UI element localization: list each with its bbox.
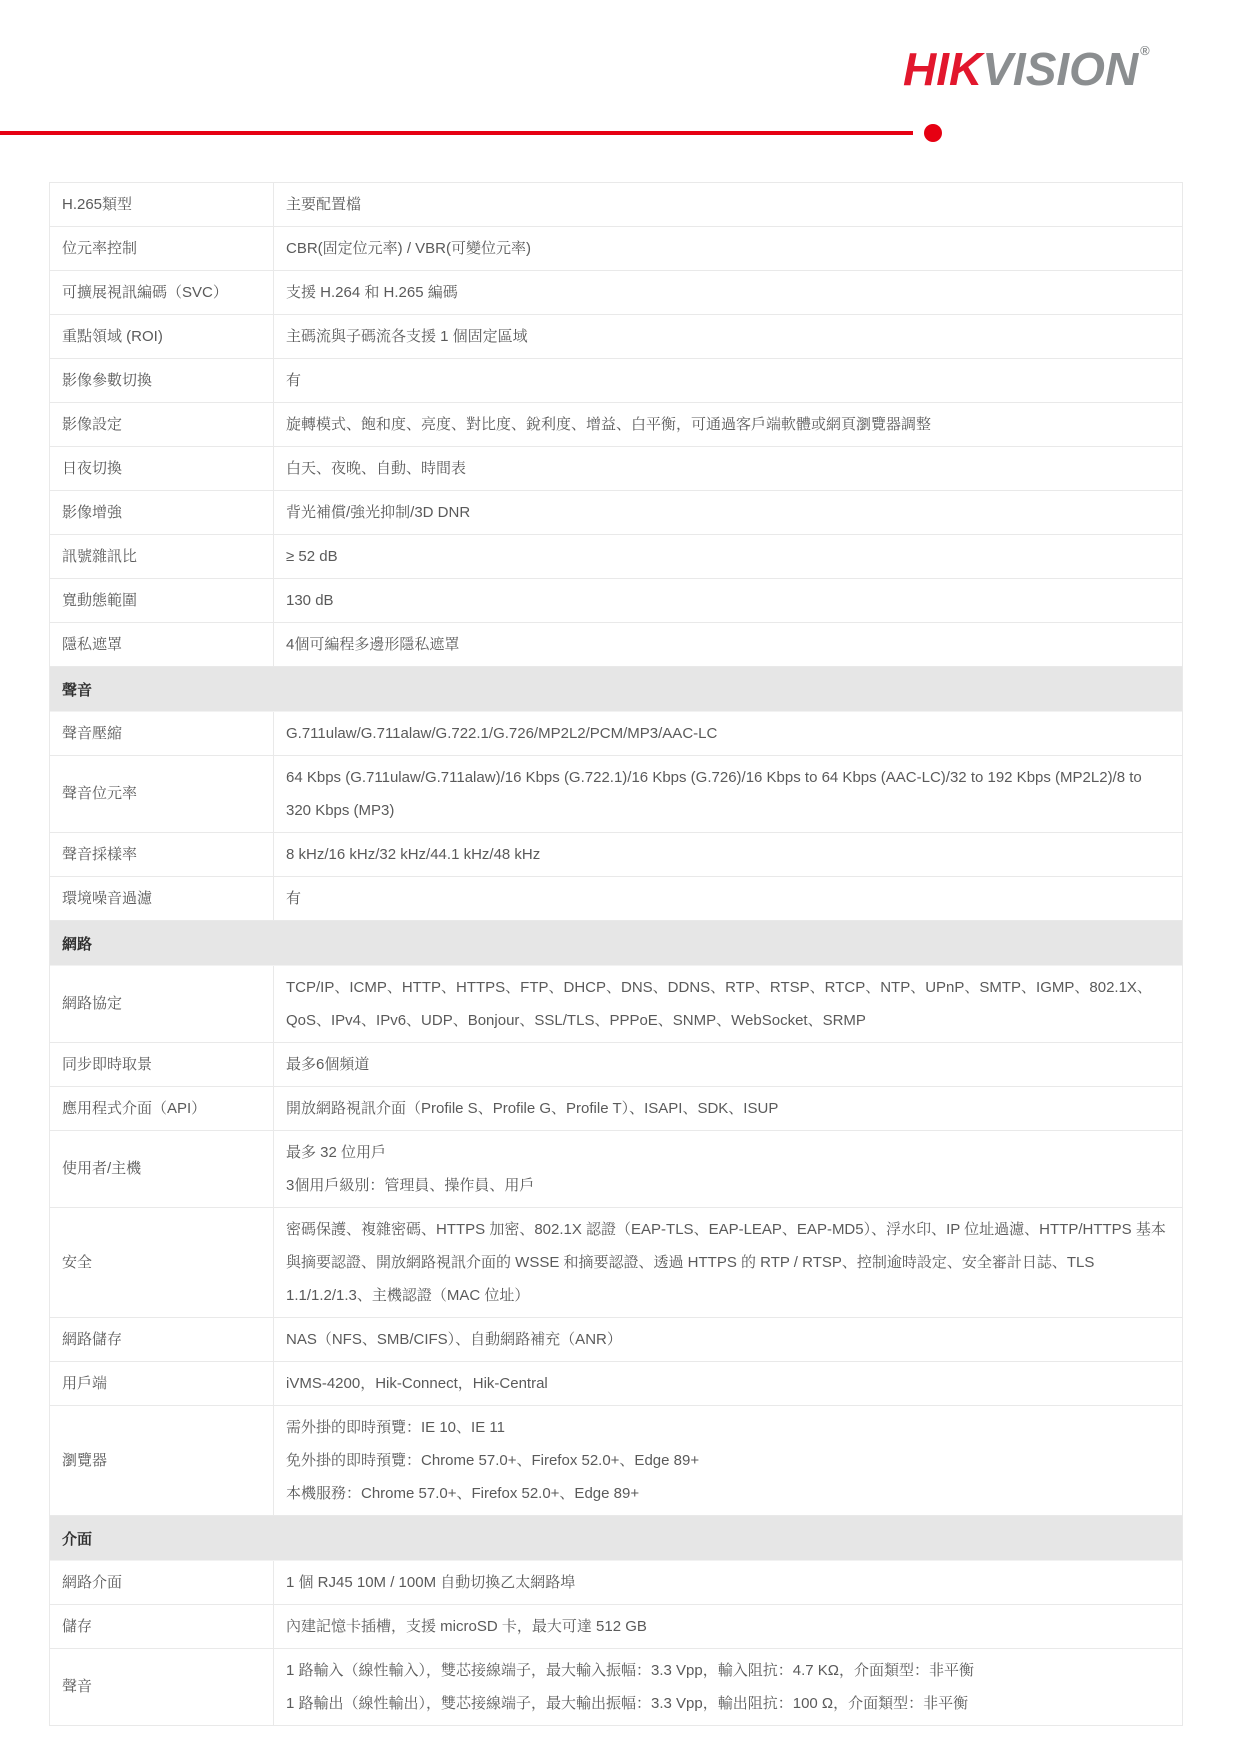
- spec-value-line: 旋轉模式、飽和度、亮度、對比度、銳利度、增益、白平衡，可通過客戶端軟體或網頁瀏覽…: [286, 408, 1166, 441]
- spec-row: 聲音壓縮G.711ulaw/G.711alaw/G.722.1/G.726/MP…: [50, 712, 1182, 756]
- spec-value: 8 kHz/16 kHz/32 kHz/44.1 kHz/48 kHz: [274, 833, 1182, 876]
- spec-label: 網路儲存: [50, 1318, 274, 1361]
- spec-value-line: 支援 H.264 和 H.265 編碼: [286, 276, 1166, 309]
- spec-label: 網路協定: [50, 966, 274, 1042]
- spec-value: 最多6個頻道: [274, 1043, 1182, 1086]
- spec-label: 可擴展視訊編碼（SVC）: [50, 271, 274, 314]
- spec-label: 訊號雜訊比: [50, 535, 274, 578]
- spec-label: 安全: [50, 1208, 274, 1317]
- spec-value: 1 路輸入（線性輸入），雙芯接線端子，最大輸入振幅：3.3 Vpp，輸入阻抗：4…: [274, 1649, 1182, 1725]
- spec-value: CBR(固定位元率) / VBR(可變位元率): [274, 227, 1182, 270]
- spec-label: 影像增強: [50, 491, 274, 534]
- spec-label: 隱私遮罩: [50, 623, 274, 666]
- spec-value-line: 1 路輸出（線性輸出），雙芯接線端子，最大輸出振幅：3.3 Vpp，輸出阻抗：1…: [286, 1687, 1166, 1720]
- spec-row: 聲音採樣率8 kHz/16 kHz/32 kHz/44.1 kHz/48 kHz: [50, 833, 1182, 877]
- spec-row: 瀏覽器需外掛的即時預覽：IE 10、IE 11免外掛的即時預覽：Chrome 5…: [50, 1406, 1182, 1516]
- spec-row: 聲音位元率64 Kbps (G.711ulaw/G.711alaw)/16 Kb…: [50, 756, 1182, 833]
- spec-table: H.265類型主要配置檔位元率控制CBR(固定位元率) / VBR(可變位元率)…: [49, 182, 1183, 1726]
- spec-value: iVMS-4200，Hik-Connect，Hik-Central: [274, 1362, 1182, 1405]
- spec-value-line: 1 路輸入（線性輸入），雙芯接線端子，最大輸入振幅：3.3 Vpp，輸入阻抗：4…: [286, 1654, 1166, 1687]
- spec-value-line: 最多6個頻道: [286, 1048, 1166, 1081]
- spec-value: 白天、夜晚、自動、時間表: [274, 447, 1182, 490]
- spec-row: 影像增強背光補償/強光抑制/3D DNR: [50, 491, 1182, 535]
- spec-row: 聲音1 路輸入（線性輸入），雙芯接線端子，最大輸入振幅：3.3 Vpp，輸入阻抗…: [50, 1649, 1182, 1725]
- spec-value-line: G.711ulaw/G.711alaw/G.722.1/G.726/MP2L2/…: [286, 717, 1166, 750]
- spec-value-line: 3個用戶級別：管理員、操作員、用戶: [286, 1169, 1166, 1202]
- spec-value: 64 Kbps (G.711ulaw/G.711alaw)/16 Kbps (G…: [274, 756, 1182, 832]
- header-rule-end-dot-icon: [924, 124, 942, 142]
- spec-label: 位元率控制: [50, 227, 274, 270]
- spec-value: 有: [274, 877, 1182, 920]
- spec-value: 旋轉模式、飽和度、亮度、對比度、銳利度、增益、白平衡，可通過客戶端軟體或網頁瀏覽…: [274, 403, 1182, 446]
- spec-row: 位元率控制CBR(固定位元率) / VBR(可變位元率): [50, 227, 1182, 271]
- spec-value: 4個可編程多邊形隱私遮罩: [274, 623, 1182, 666]
- section-header: 聲音: [50, 667, 1182, 712]
- spec-row: 用戶端iVMS-4200，Hik-Connect，Hik-Central: [50, 1362, 1182, 1406]
- spec-row: 應用程式介面（API）開放網路視訊介面（Profile S、Profile G、…: [50, 1087, 1182, 1131]
- spec-label: 聲音: [50, 1649, 274, 1725]
- spec-value: 內建記憶卡插槽，支援 microSD 卡，最大可達 512 GB: [274, 1605, 1182, 1648]
- spec-value-line: 內建記憶卡插槽，支援 microSD 卡，最大可達 512 GB: [286, 1610, 1166, 1643]
- spec-value-line: 本機服務：Chrome 57.0+、Firefox 52.0+、Edge 89+: [286, 1477, 1166, 1510]
- spec-label: 寬動態範圍: [50, 579, 274, 622]
- spec-value-line: 背光補償/強光抑制/3D DNR: [286, 496, 1166, 529]
- registered-trademark-icon: ®: [1140, 43, 1150, 58]
- section-header: 介面: [50, 1516, 1182, 1561]
- spec-row: 使用者/主機最多 32 位用戶3個用戶級別：管理員、操作員、用戶: [50, 1131, 1182, 1208]
- spec-value: 密碼保護、複雜密碼、HTTPS 加密、802.1X 認證（EAP-TLS、EAP…: [274, 1208, 1182, 1317]
- spec-row: 儲存內建記憶卡插槽，支援 microSD 卡，最大可達 512 GB: [50, 1605, 1182, 1649]
- spec-value: 主要配置檔: [274, 183, 1182, 226]
- spec-row: 網路儲存NAS（NFS、SMB/CIFS）、自動網路補充（ANR）: [50, 1318, 1182, 1362]
- spec-value-line: 1 個 RJ45 10M / 100M 自動切換乙太網路埠: [286, 1566, 1166, 1599]
- spec-value-line: ≥ 52 dB: [286, 540, 1166, 573]
- hikvision-logo: HIKVISION®: [903, 44, 1150, 92]
- spec-value: 背光補償/強光抑制/3D DNR: [274, 491, 1182, 534]
- spec-value-line: 密碼保護、複雜密碼、HTTPS 加密、802.1X 認證（EAP-TLS、EAP…: [286, 1213, 1166, 1312]
- spec-label: 影像設定: [50, 403, 274, 446]
- spec-value-line: 8 kHz/16 kHz/32 kHz/44.1 kHz/48 kHz: [286, 838, 1166, 871]
- spec-value-line: 開放網路視訊介面（Profile S、Profile G、Profile T）、…: [286, 1092, 1166, 1125]
- spec-row: 影像參數切換有: [50, 359, 1182, 403]
- spec-row: 網路介面1 個 RJ45 10M / 100M 自動切換乙太網路埠: [50, 1561, 1182, 1605]
- spec-value: TCP/IP、ICMP、HTTP、HTTPS、FTP、DHCP、DNS、DDNS…: [274, 966, 1182, 1042]
- logo-hik-text: HIK: [903, 43, 982, 95]
- spec-value-line: CBR(固定位元率) / VBR(可變位元率): [286, 232, 1166, 265]
- spec-value-line: 白天、夜晚、自動、時間表: [286, 452, 1166, 485]
- spec-label: 網路介面: [50, 1561, 274, 1604]
- spec-label: 聲音位元率: [50, 756, 274, 832]
- spec-value: NAS（NFS、SMB/CIFS）、自動網路補充（ANR）: [274, 1318, 1182, 1361]
- spec-label: 聲音壓縮: [50, 712, 274, 755]
- spec-row: 安全密碼保護、複雜密碼、HTTPS 加密、802.1X 認證（EAP-TLS、E…: [50, 1208, 1182, 1318]
- spec-value: ≥ 52 dB: [274, 535, 1182, 578]
- spec-row: 寬動態範圍130 dB: [50, 579, 1182, 623]
- spec-value: 有: [274, 359, 1182, 402]
- spec-value-line: 64 Kbps (G.711ulaw/G.711alaw)/16 Kbps (G…: [286, 761, 1166, 827]
- spec-value-line: 4個可編程多邊形隱私遮罩: [286, 628, 1166, 661]
- spec-value-line: 最多 32 位用戶: [286, 1136, 1166, 1169]
- spec-value-line: TCP/IP、ICMP、HTTP、HTTPS、FTP、DHCP、DNS、DDNS…: [286, 971, 1166, 1037]
- spec-label: 影像參數切換: [50, 359, 274, 402]
- spec-value: 支援 H.264 和 H.265 編碼: [274, 271, 1182, 314]
- spec-value-line: 130 dB: [286, 584, 1166, 617]
- spec-value: 主碼流與子碼流各支援 1 個固定區域: [274, 315, 1182, 358]
- spec-row: 網路協定TCP/IP、ICMP、HTTP、HTTPS、FTP、DHCP、DNS、…: [50, 966, 1182, 1043]
- spec-value-line: iVMS-4200，Hik-Connect，Hik-Central: [286, 1367, 1166, 1400]
- header-red-rule: [0, 131, 913, 135]
- spec-value-line: 有: [286, 364, 1166, 397]
- spec-row: 隱私遮罩4個可編程多邊形隱私遮罩: [50, 623, 1182, 667]
- spec-row: 可擴展視訊編碼（SVC）支援 H.264 和 H.265 編碼: [50, 271, 1182, 315]
- spec-label: 用戶端: [50, 1362, 274, 1405]
- section-header: 網路: [50, 921, 1182, 966]
- spec-label: 重點領域 (ROI): [50, 315, 274, 358]
- spec-value-line: NAS（NFS、SMB/CIFS）、自動網路補充（ANR）: [286, 1323, 1166, 1356]
- spec-row: 影像設定旋轉模式、飽和度、亮度、對比度、銳利度、增益、白平衡，可通過客戶端軟體或…: [50, 403, 1182, 447]
- spec-value: 130 dB: [274, 579, 1182, 622]
- spec-row: H.265類型主要配置檔: [50, 183, 1182, 227]
- spec-value-line: 主碼流與子碼流各支援 1 個固定區域: [286, 320, 1166, 353]
- spec-label: H.265類型: [50, 183, 274, 226]
- spec-row: 日夜切換白天、夜晚、自動、時間表: [50, 447, 1182, 491]
- spec-value-line: 需外掛的即時預覽：IE 10、IE 11: [286, 1411, 1166, 1444]
- spec-row: 訊號雜訊比≥ 52 dB: [50, 535, 1182, 579]
- spec-row: 重點領域 (ROI)主碼流與子碼流各支援 1 個固定區域: [50, 315, 1182, 359]
- spec-label: 日夜切換: [50, 447, 274, 490]
- spec-row: 環境噪音過濾有: [50, 877, 1182, 921]
- spec-value: 開放網路視訊介面（Profile S、Profile G、Profile T）、…: [274, 1087, 1182, 1130]
- spec-value-line: 有: [286, 882, 1166, 915]
- spec-value: 需外掛的即時預覽：IE 10、IE 11免外掛的即時預覽：Chrome 57.0…: [274, 1406, 1182, 1515]
- spec-label: 瀏覽器: [50, 1406, 274, 1515]
- spec-value: 1 個 RJ45 10M / 100M 自動切換乙太網路埠: [274, 1561, 1182, 1604]
- spec-label: 環境噪音過濾: [50, 877, 274, 920]
- logo-vision-text: VISION: [982, 43, 1138, 95]
- spec-value: 最多 32 位用戶3個用戶級別：管理員、操作員、用戶: [274, 1131, 1182, 1207]
- spec-label: 應用程式介面（API）: [50, 1087, 274, 1130]
- spec-row: 同步即時取景最多6個頻道: [50, 1043, 1182, 1087]
- spec-label: 儲存: [50, 1605, 274, 1648]
- spec-value-line: 主要配置檔: [286, 188, 1166, 221]
- spec-label: 使用者/主機: [50, 1131, 274, 1207]
- spec-value-line: 免外掛的即時預覽：Chrome 57.0+、Firefox 52.0+、Edge…: [286, 1444, 1166, 1477]
- spec-label: 聲音採樣率: [50, 833, 274, 876]
- spec-label: 同步即時取景: [50, 1043, 274, 1086]
- spec-value: G.711ulaw/G.711alaw/G.722.1/G.726/MP2L2/…: [274, 712, 1182, 755]
